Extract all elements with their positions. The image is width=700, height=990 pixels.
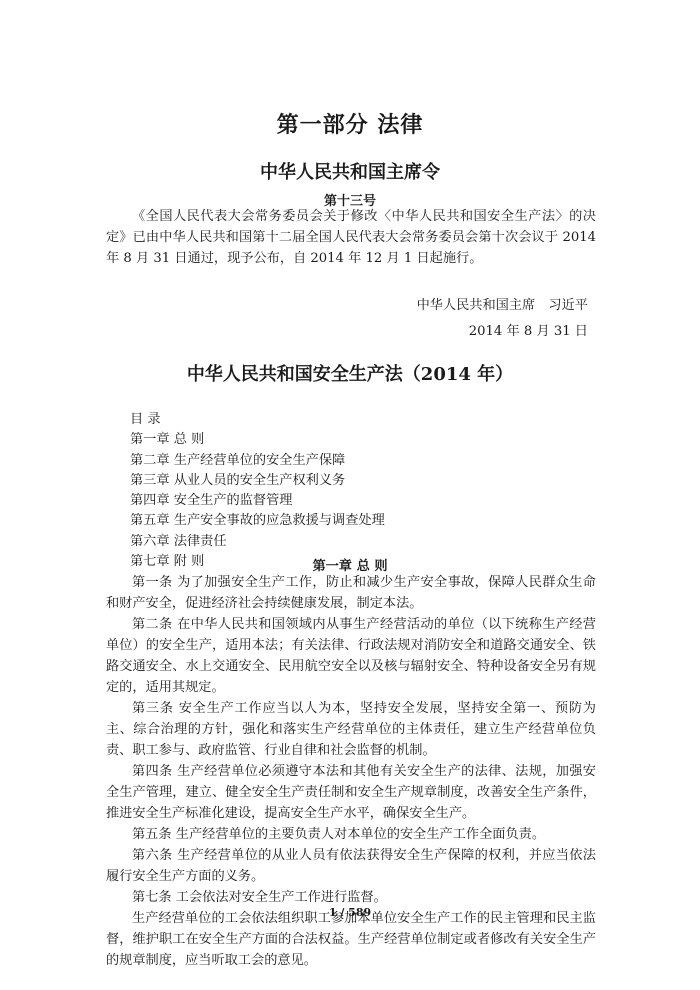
document-page: 第一部分 法律 中华人民共和国主席令 第十三号 《全国人民代表大会常务委员会关于… — [0, 0, 700, 990]
decree-body: 《全国人民代表大会常务委员会关于修改〈中华人民共和国安全生产法〉的决定》已由中华… — [106, 206, 596, 269]
toc-item: 第三章 从业人员的安全生产权利义务 — [130, 471, 385, 491]
article-5: 第五条 生产经营单位的主要负责人对本单位的安全生产工作全面负责。 — [106, 824, 596, 845]
decree-title: 中华人民共和国主席令 — [0, 158, 700, 184]
decree-signatory: 中华人民共和国主席 习近平 — [417, 294, 588, 313]
article-3: 第三条 安全生产工作应当以人为本，坚持安全发展，坚持安全第一、预防为主、综合治理… — [106, 698, 596, 761]
toc-item: 第二章 生产经营单位的安全生产保障 — [130, 451, 385, 471]
article-6: 第六条 生产经营单位的从业人员有依法获得安全生产保障的权利，并应当依法履行安全生… — [106, 845, 596, 887]
table-of-contents: 目 录 第一章 总 则 第二章 生产经营单位的安全生产保障 第三章 从业人员的安… — [130, 410, 385, 572]
article-2: 第二条 在中华人民共和国领域内从事生产经营活动的单位（以下统称生产经营单位）的安… — [106, 614, 596, 698]
article-1: 第一条 为了加强安全生产工作，防止和减少生产安全事故，保障人民群众生命和财产安全… — [106, 572, 596, 614]
toc-heading: 目 录 — [130, 410, 385, 430]
toc-item: 第一章 总 则 — [130, 430, 385, 450]
page-indicator: 1 / 589 — [0, 906, 700, 919]
article-4: 第四条 生产经营单位必须遵守本法和其他有关安全生产的法律、法规，加强安全生产管理… — [106, 761, 596, 824]
toc-item: 第六章 法律责任 — [130, 532, 385, 552]
toc-item: 第五章 生产安全事故的应急救援与调查处理 — [130, 511, 385, 531]
part-title: 第一部分 法律 — [0, 108, 700, 139]
law-title: 中华人民共和国安全生产法（2014 年） — [0, 360, 700, 386]
decree-date: 2014 年 8 月 31 日 — [469, 320, 588, 339]
article-7: 第七条 工会依法对安全生产工作进行监督。 — [106, 887, 596, 908]
toc-item: 第四章 安全生产的监督管理 — [130, 491, 385, 511]
